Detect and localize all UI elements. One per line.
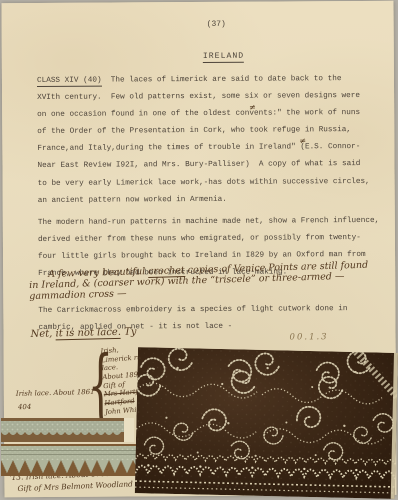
typed-line: to be very early Limerick lace work,-has… [38, 174, 370, 193]
handwritten-insert-line: gammadion cross — [29, 288, 127, 302]
manuscript-scan: (37) IRELAND CLASS XIV (40) The laces of… [0, 0, 398, 500]
typed-line: CLASS XIV (40) The laces of Limerick are… [37, 71, 369, 90]
limerick-lace-photo [135, 347, 398, 499]
typed-line: an ancient pattern now worked in Armenia… [38, 191, 370, 210]
typed-line: Near East Review I92I, and Mrs. Bury-Pal… [37, 156, 369, 175]
typed-line: on one occasion found in one of the olde… [37, 105, 369, 124]
card-edge [124, 418, 134, 442]
class-heading-rest: The laces of Limerick are said to date b… [102, 75, 342, 84]
typed-line: XVIth century. Few old patterns exist, s… [37, 88, 369, 107]
typed-line: France,and Italy,during the times of tro… [37, 139, 369, 158]
left-specimen-number: 404 [18, 403, 31, 411]
ink-insertion-mark: ≠ [299, 136, 306, 145]
page-number: (37) [207, 20, 226, 29]
accession-number: 00.1.3 [290, 332, 329, 342]
reply-text: Net, [30, 328, 55, 340]
class-heading: CLASS XIV (40) [37, 77, 102, 87]
paragraph-limerick: CLASS XIV (40) The laces of Limerick are… [37, 71, 370, 210]
left-specimen-note: Irish lace. About 1861 [16, 388, 95, 398]
bottom-caption-line: Gift of Mrs Belmont Woodland [17, 479, 133, 493]
reply-initials: Ty [121, 326, 137, 337]
page-title: IRELAND [203, 52, 244, 63]
lace-strip-card [1, 418, 143, 478]
handwritten-reply: Net, it is not lace. Ty [30, 326, 136, 339]
typed-line: derived either from these nuns who emigr… [38, 230, 379, 249]
ink-insertion-mark: ≠ [249, 103, 256, 112]
typed-line: The modern hand-run patterns in machine … [38, 213, 379, 232]
typed-line: The Carrickmacross embroidery is a speci… [38, 301, 347, 320]
typed-line: of the Order of the Presentation in Cork… [37, 122, 369, 141]
